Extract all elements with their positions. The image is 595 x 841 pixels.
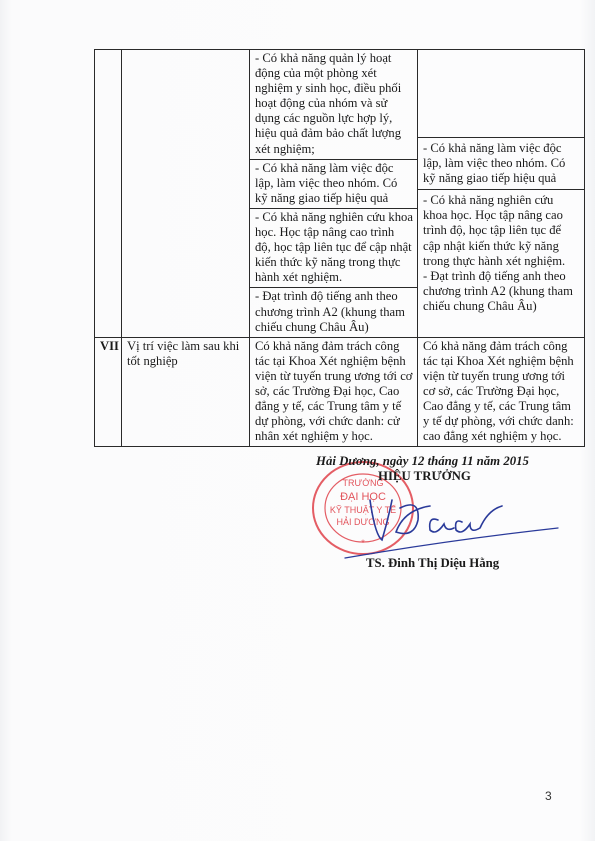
bachelor-item: - Đạt trình độ tiếng anh theo chương trì… (250, 287, 417, 334)
row-label-cell: Vị trí việc làm sau khi tốt nghiệp (122, 337, 250, 447)
bachelor-item: - Có khả năng nghiên cứu khoa học. Học t… (250, 208, 417, 285)
college-item: - Có khả năng làm việc độc lập, làm việc… (418, 137, 584, 186)
college-cell: - Có khả năng làm việc độc lập, làm việc… (418, 50, 585, 338)
handwritten-signature-icon (330, 480, 560, 560)
bachelor-item: - Có khả năng quản lý hoạt động của một … (255, 51, 413, 157)
table-row: - Có khả năng quản lý hoạt động của một … (95, 50, 585, 338)
bachelor-cell: Có khả năng đảm trách công tác tại Khoa … (250, 337, 418, 447)
college-item: - Đạt trình độ tiếng anh theo chương trì… (423, 269, 580, 314)
page-number: 3 (545, 789, 552, 803)
college-item: - Có khả năng nghiên cứu khoa học. Học t… (418, 189, 584, 268)
row-number-cell (95, 50, 122, 338)
signer-title: HIỆU TRƯỞNG (378, 469, 471, 484)
row-label-cell (122, 50, 250, 338)
date-line: Hải Dương, ngày 12 tháng 11 năm 2015 (316, 454, 529, 469)
signature-block: Hải Dương, ngày 12 tháng 11 năm 2015 HIỆ… (300, 450, 590, 580)
college-empty-space (423, 51, 580, 134)
bachelor-cell: - Có khả năng quản lý hoạt động của một … (250, 50, 418, 338)
table-row: VII Vị trí việc làm sau khi tốt nghiệp C… (95, 337, 585, 447)
bachelor-item: - Có khả năng làm việc độc lập, làm việc… (250, 159, 417, 206)
signer-name: TS. Đinh Thị Diệu Hằng (366, 556, 499, 571)
curriculum-table: - Có khả năng quản lý hoạt động của một … (94, 49, 585, 447)
college-cell: Có khả năng đảm trách công tác tại Khoa … (418, 337, 585, 447)
row-number-cell: VII (95, 337, 122, 447)
